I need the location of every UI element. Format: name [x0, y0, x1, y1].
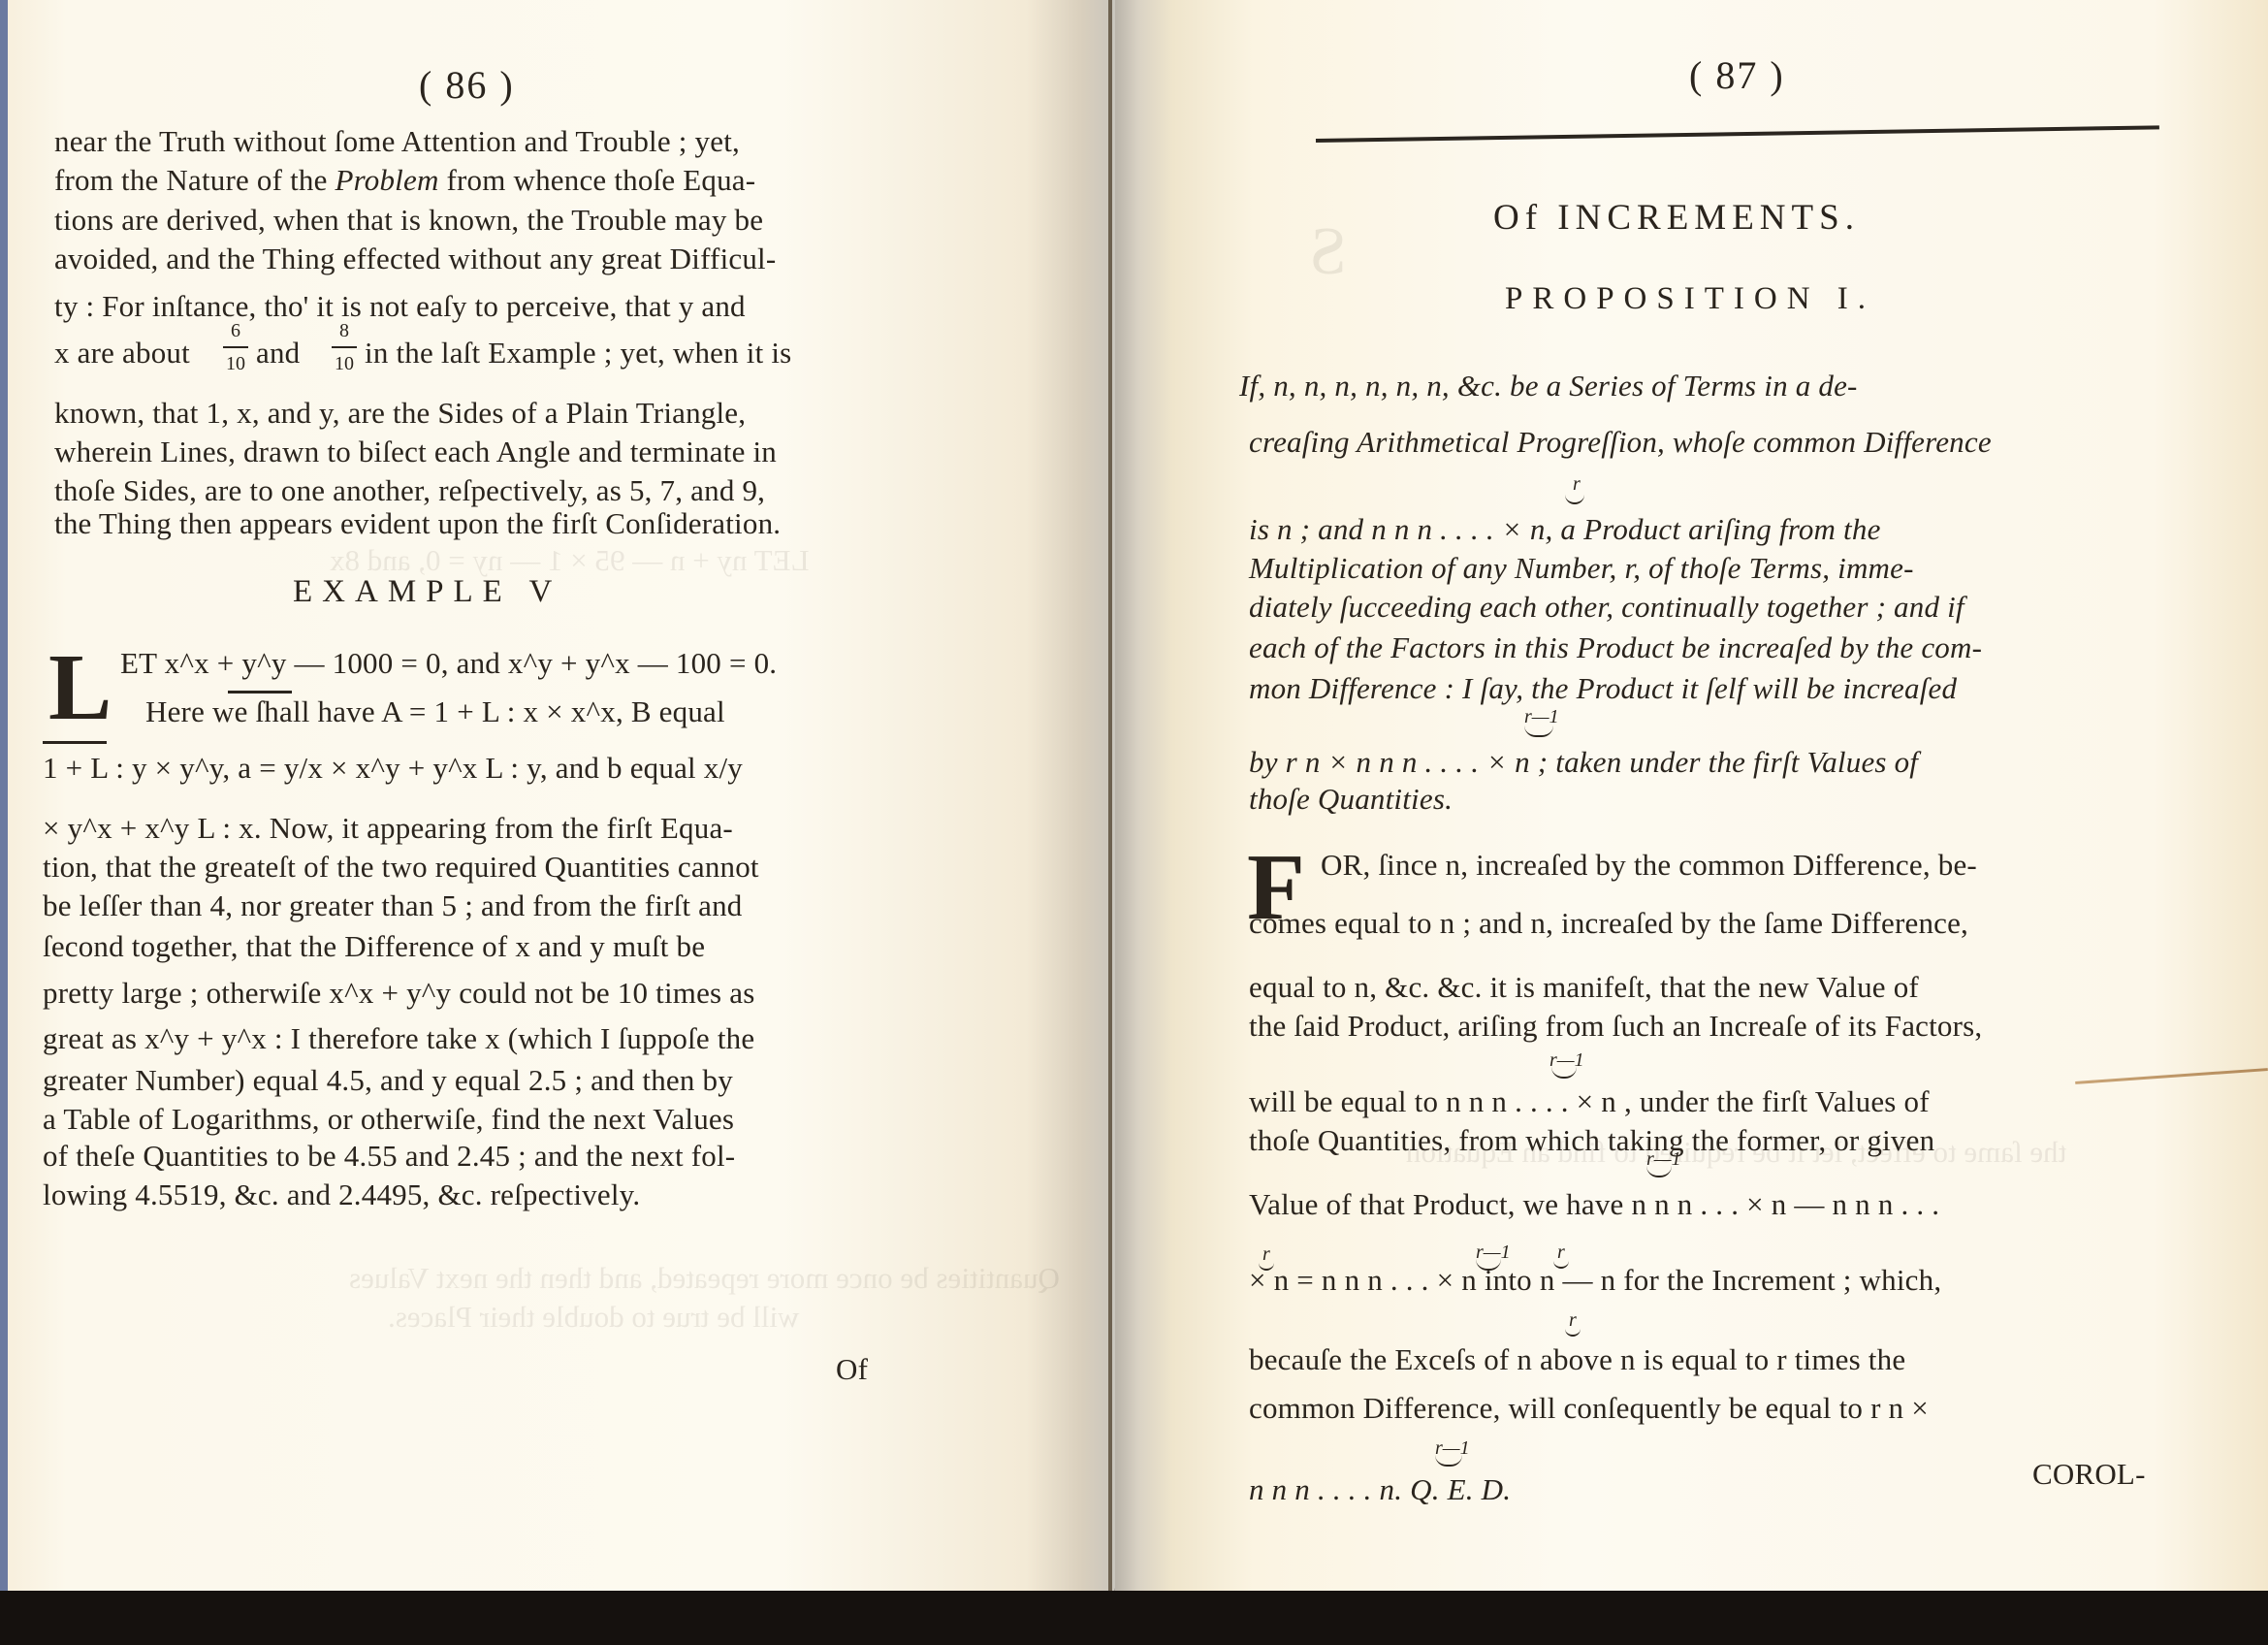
proposition-line: If, n, n, n, n, n, n, &c. be a Series of… — [1239, 371, 1858, 401]
text-line: be leſſer than 4, nor greater than 5 ; a… — [43, 890, 743, 920]
text-line: tions are derived, when that is known, t… — [54, 205, 763, 235]
text-fragment: in the laſt Example ; yet, when it is — [365, 338, 791, 368]
text-line: ty : For inſtance, tho' it is not eaſy t… — [54, 291, 746, 321]
equation-line: Here we ſhall have A = 1 + L : x × x^x, … — [145, 696, 725, 726]
proposition-line: is n ; and n n n . . . . × n, a Product … — [1249, 514, 1881, 544]
text-fragment: from whence thoſe Equa- — [447, 163, 756, 197]
text-line: tion, that the greateſt of the two requi… — [43, 852, 759, 882]
text-line: a Table of Logarithms, or otherwiſe, fin… — [43, 1104, 734, 1134]
fraction-numerator: 6 — [225, 320, 246, 342]
page-number: ( 87 ) — [1689, 56, 1785, 95]
fraction-numerator: 8 — [334, 320, 355, 342]
text-line: will be equal to n n n . . . . × n , und… — [1249, 1086, 1930, 1116]
text-line: known, that 1, x, and y, are the Sides o… — [54, 398, 746, 428]
text-line: lowing 4.5519, &c. and 2.4495, &c. reſpe… — [43, 1179, 640, 1210]
scan-background — [0, 1591, 2268, 1645]
text-line: becauſe the Exceſs of n above n is equal… — [1249, 1344, 1905, 1374]
fraction-bar — [332, 346, 357, 348]
show-through-text: S — [1309, 213, 1347, 291]
vinculum — [228, 691, 292, 693]
show-through-text: Quantities be once more repeated, and th… — [349, 1261, 1060, 1296]
underbrace — [1646, 1166, 1672, 1177]
text-line: avoided, and the Thing effected without … — [54, 243, 776, 274]
proposition-line: mon Difference : I ſay, the Product it ſ… — [1249, 673, 1957, 703]
section-title: Of INCREMENTS. — [1493, 200, 1860, 236]
left-page: LET ny + n — 95 × 1 — ny = 0, and 8x Qua… — [0, 0, 1115, 1605]
italic-word: Problem — [335, 163, 439, 197]
drop-cap: L — [48, 640, 112, 735]
text-line: the Thing then appears evident upon the … — [54, 508, 781, 538]
text-line: ſecond together, that the Difference of … — [43, 931, 705, 961]
text-line: common Difference, will conſequently be … — [1249, 1393, 1929, 1423]
text-line: thoſe Quantities, from which taking the … — [1249, 1125, 1934, 1155]
text-line: thoſe Sides, are to one another, reſpect… — [54, 475, 765, 505]
text-line: greater Number) equal 4.5, and y equal 2… — [43, 1065, 733, 1095]
show-through-text: LET ny + n — 95 × 1 — ny = 0, and 8x — [330, 543, 809, 578]
book-spread: LET ny + n — 95 × 1 — ny = 0, and 8x Qua… — [0, 0, 2268, 1645]
fraction-bar — [223, 346, 248, 348]
proposition-line: creaſing Arithmetical Progreſſion, whoſe… — [1249, 427, 1992, 457]
underbrace — [1435, 1455, 1462, 1467]
proposition-line: by r n × n n n . . . . × n ; taken under… — [1249, 747, 1918, 777]
show-through-text: will be true to double their Places. — [388, 1300, 799, 1335]
vinculum — [43, 741, 107, 744]
text-line: Value of that Product, we have n n n . .… — [1249, 1189, 1939, 1219]
text-line: OR, ſince n, increaſed by the common Dif… — [1321, 850, 1977, 880]
right-page: S the ſame to effect, let it be required… — [1115, 0, 2268, 1610]
text-line: × n = n n n . . . × n into n — n for the… — [1249, 1265, 1941, 1295]
underbrace — [1565, 1325, 1581, 1337]
text-line: near the Truth without ſome Attention an… — [54, 126, 740, 156]
proposition-line: Multiplication of any Number, r, of thoſ… — [1249, 553, 1914, 583]
text-line: great as x^y + y^x : I therefore take x … — [43, 1023, 754, 1053]
equation-line: ET x^x + y^y — 1000 = 0, and x^y + y^x —… — [120, 648, 777, 678]
text-fragment: from the Nature of the — [54, 163, 328, 197]
proposition-line: diately ſucceeding each other, continual… — [1249, 592, 1965, 622]
book-gutter — [1108, 0, 1112, 1610]
underbrace — [1524, 726, 1553, 737]
proposition-line: thoſe Quantities. — [1249, 784, 1453, 814]
text-line: of theſe Quantities to be 4.55 and 2.45 … — [43, 1141, 735, 1171]
text-line: pretty large ; otherwiſe x^x + y^y could… — [43, 978, 755, 1008]
catchword: Of — [836, 1354, 868, 1384]
text-line: n n n . . . . n. Q. E. D. — [1249, 1474, 1511, 1504]
equation-line: 1 + L : y × y^y, a = y/x × x^y + y^x L :… — [43, 753, 743, 783]
scan-edge — [0, 0, 8, 1591]
fraction-denominator: 10 — [221, 353, 250, 375]
fraction-denominator: 10 — [330, 353, 359, 375]
example-heading: EXAMPLE V — [293, 576, 561, 608]
text-line: wherein Lines, drawn to biſect each Angl… — [54, 436, 777, 467]
text-line: from the Nature of the Problem from when… — [54, 165, 755, 195]
proposition-line: each of the Factors in this Product be i… — [1249, 632, 1982, 662]
underbrace — [1565, 493, 1584, 504]
text-fragment: and — [256, 338, 300, 368]
text-line: the ſaid Product, ariſing from ſuch an I… — [1249, 1011, 1982, 1041]
text-line: comes equal to n ; and n, increaſed by t… — [1249, 908, 1968, 938]
page-number: ( 86 ) — [419, 66, 515, 105]
underbrace — [1551, 1067, 1577, 1079]
catchword: COROL- — [2032, 1459, 2146, 1489]
proposition-title: PROPOSITION I. — [1505, 283, 1875, 315]
text-fragment: x are about — [54, 338, 190, 368]
text-line: equal to n, &c. &c. it is manifeſt, that… — [1249, 972, 1919, 1002]
text-line: × y^x + x^y L : x. Now, it appearing fro… — [43, 813, 733, 843]
